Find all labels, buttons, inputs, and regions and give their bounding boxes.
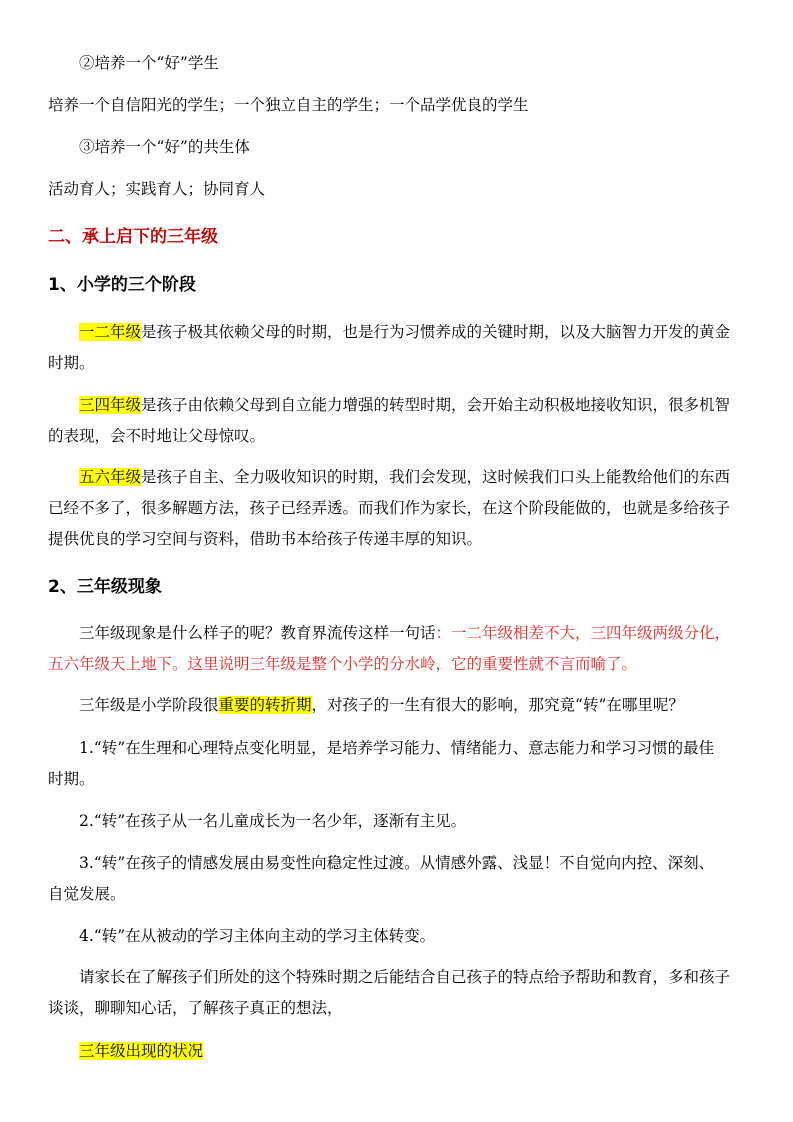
text: 是孩子由依赖父母到自立能力增强的转型时期，会开始主动积极地接收知识，很多机智: [141, 396, 730, 414]
paragraph-stage-1-cont: 时期。: [48, 352, 748, 374]
quote-red: ：一二年级相差不大，三四年级两级分化，: [436, 624, 731, 642]
paragraph-advice: 请家长在了解孩子们所处的这个特殊时期之后能结合自己孩子的特点给予帮助和教育，多和…: [79, 966, 748, 988]
text: 是孩子自主、全力吸收知识的时期，我们会发现，这时候我们口头上能教给他们的东西: [141, 468, 730, 486]
paragraph-community-traits: 活动育人；实践育人；协同育人: [48, 178, 748, 200]
section-heading: 二、承上启下的三年级: [48, 226, 748, 248]
list-item-1: 1.“转”在生理和心理特点变化明显，是培养学习能力、情绪能力、意志能力和学习习惯…: [79, 737, 748, 759]
highlight-turning-point: 重要的转折期: [219, 696, 312, 714]
highlight-grade-5-6: 五六年级: [79, 468, 141, 486]
paragraph-stage-3-cont: 已经不多了，很多解题方法，孩子已经弄透。而我们作为家长，在这个阶段能做的，也就是…: [48, 497, 748, 519]
list-item-1-cont: 时期。: [48, 768, 748, 790]
paragraph-stage-2: 三四年级是孩子由依赖父母到自立能力增强的转型时期，会开始主动积极地接收知识，很多…: [79, 394, 748, 416]
paragraph-stage-2-cont: 的表现，会不时地让父母惊叹。: [48, 425, 748, 447]
highlight-grade-1-2: 一二年级: [79, 323, 141, 341]
paragraph-phenomenon: 三年级现象是什么样子的呢？教育界流传这样一句话：一二年级相差不大，三四年级两级分…: [79, 622, 748, 644]
paragraph-goal-student: ②培养一个“好”学生: [79, 52, 748, 74]
list-item-2: 2.“转”在孩子从一名儿童成长为一名少年，逐渐有主见。: [79, 810, 748, 832]
highlight-text: 三年级出现的状况: [79, 1042, 203, 1060]
highlight-situations-heading: 三年级出现的状况: [79, 1040, 748, 1062]
subsection-heading-phenomenon: 2、三年级现象: [48, 576, 748, 598]
paragraph-stage-3: 五六年级是孩子自主、全力吸收知识的时期，我们会发现，这时候我们口头上能教给他们的…: [79, 466, 748, 488]
paragraph-stage-3-cont2: 提供优良的学习空间与资料，借助书本给孩子传递丰厚的知识。: [48, 528, 748, 550]
subsection-heading-stages: 1、小学的三个阶段: [48, 274, 748, 296]
text: 三年级现象是什么样子的呢？教育界流传这样一句话: [79, 624, 436, 642]
text: 三年级是小学阶段很: [79, 696, 219, 714]
highlight-grade-3-4: 三四年级: [79, 396, 141, 414]
list-item-3-cont: 自觉发展。: [48, 883, 748, 905]
paragraph-goal-community: ③培养一个“好”的共生体: [79, 136, 748, 158]
paragraph-advice-cont: 谈谈，聊聊知心话，了解孩子真正的想法，: [48, 997, 748, 1019]
list-item-3: 3.“转”在孩子的情感发展由易变性向稳定性过渡。从情感外露、浅显！不自觉向内控、…: [79, 852, 748, 874]
text: ，对孩子的一生有很大的影响，那究竟“转”在哪里呢？: [312, 696, 684, 714]
paragraph-student-traits: 培养一个自信阳光的学生；一个独立自主的学生；一个品学优良的学生: [48, 94, 748, 116]
text: 是孩子极其依赖父母的时期，也是行为习惯养成的关键时期，以及大脑智力开发的黄金: [141, 323, 730, 341]
document-page: ②培养一个“好”学生 培养一个自信阳光的学生；一个独立自主的学生；一个品学优良的…: [0, 0, 793, 1122]
paragraph-stage-1: 一二年级是孩子极其依赖父母的时期，也是行为习惯养成的关键时期，以及大脑智力开发的…: [79, 321, 748, 343]
paragraph-turning-point: 三年级是小学阶段很重要的转折期，对孩子的一生有很大的影响，那究竟“转”在哪里呢？: [79, 694, 748, 716]
quote-red-cont: 五六年级天上地下。这里说明三年级是整个小学的分水岭，它的重要性就不言而喻了。: [48, 653, 748, 675]
list-item-4: 4.“转”在从被动的学习主体向主动的学习主体转变。: [79, 925, 748, 947]
